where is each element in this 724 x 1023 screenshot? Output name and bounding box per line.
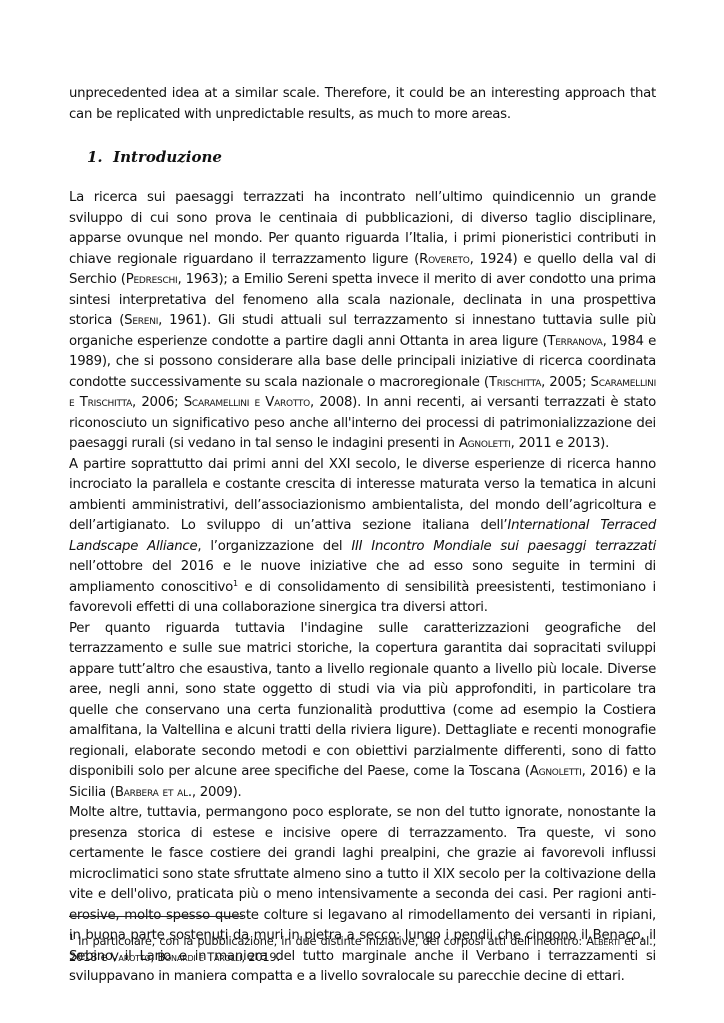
citation-author: Agnoletti [459,436,511,451]
citation-author: Terranova [547,334,602,349]
citation-author: Barbera et al. [115,785,192,800]
text-run: Per quanto riguarda tuttavia l'indagine … [69,621,656,780]
citation-author: Scaramellini e Varotto [184,395,310,410]
text-run: , 2006; [132,395,184,410]
section-number: 1. [87,148,103,166]
abstract-tail-paragraph: unprecedented idea at a similar scale. T… [69,84,656,125]
body-paragraph: A partire soprattutto dai primi anni del… [69,455,656,619]
citation-author: Sereni [124,313,158,328]
citation-author: Pedreschi [126,272,178,287]
citation-author: Varotto, Bonardi e Tarolli [111,950,242,964]
citation-author: Rovereto [419,252,470,267]
citation-author: Agnoletti [530,764,582,779]
italic-title: III Incontro Mondiale sui paesaggi terra… [351,539,656,554]
citation-author: Trischitta [489,375,541,390]
section-heading: 1. Introduzione [87,148,222,166]
text-run: , 2005; [541,375,590,390]
body-paragraph: La ricerca sui paesaggi terrazzati ha in… [69,188,656,455]
body-text: La ricerca sui paesaggi terrazzati ha in… [69,188,656,988]
section-title: Introduzione [113,148,222,166]
footnote-separator [69,916,243,917]
text-run: In particolare, con la pubblicazione, in… [74,934,586,948]
text-run: , 2011 e 2013). [511,436,609,451]
text-run: , 2009). [192,785,242,800]
citation-author: Alberti [586,934,620,948]
footnote: 1 In particolare, con la pubblicazione, … [69,933,656,965]
body-paragraph: Per quanto riguarda tuttavia l'indagine … [69,619,656,804]
text-run: , l’organizzazione del [197,539,351,554]
text-run: , 2019. [241,950,279,964]
